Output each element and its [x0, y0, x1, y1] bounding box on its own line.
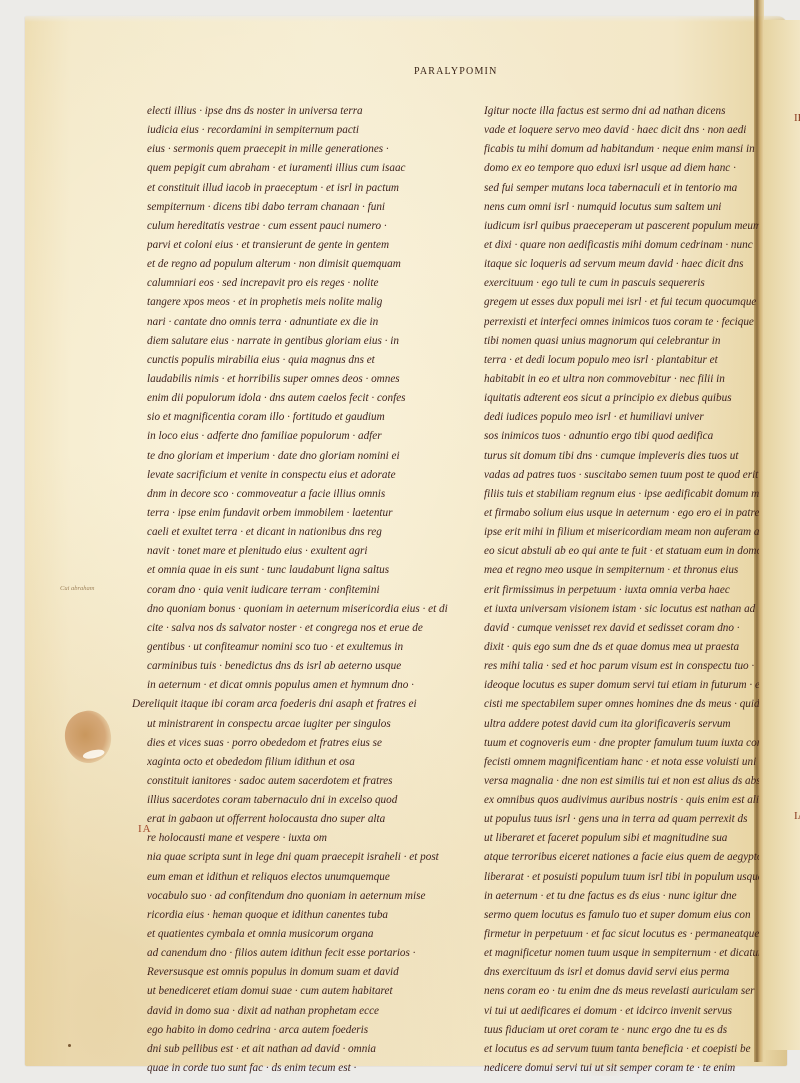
manuscript-line: sermo quem locutus es famulo tuo et supe… — [484, 906, 759, 925]
manuscript-line: ut populus tuus isrl · gens una in terra… — [484, 810, 759, 829]
manuscript-line: iudicum isrl quibus praeceperam ut pasce… — [484, 217, 759, 236]
manuscript-line: david · cumque venisset rex david et sed… — [484, 619, 759, 638]
manuscript-line: re holocausti mane et vespere · iuxta om — [147, 829, 457, 848]
manuscript-line: et omnia quae in eis sunt · tunc laudabu… — [147, 561, 457, 580]
text-column-left: electi illius · ipse dns ds noster in un… — [147, 102, 457, 1078]
manuscript-line: dnm in decore sco · commoveatur a facie … — [147, 485, 457, 504]
manuscript-line: dies et vices suas · porro obededom et f… — [147, 734, 457, 753]
manuscript-line: illius sacerdotes coram tabernaculo dni … — [147, 791, 457, 810]
manuscript-line: enim dii populorum idola · dns autem cae… — [147, 389, 457, 408]
marginal-note: Cui abraham — [60, 585, 95, 592]
manuscript-line: ideoque locutus es super domum servi tui… — [484, 676, 759, 695]
manuscript-line: nari · cantate dno omnis terra · adnunti… — [147, 313, 457, 332]
manuscript-line: domo ex eo tempore quo eduxi isrl usque … — [484, 159, 759, 178]
manuscript-line: carminibus tuis · benedictus dns ds isrl… — [147, 657, 457, 676]
manuscript-line: quae in corde tuo sunt fac · ds enim tec… — [147, 1059, 457, 1078]
facing-leaf-mark: IA — [794, 810, 800, 822]
manuscript-line: et magnificetur nomen tuum usque in semp… — [484, 944, 759, 963]
manuscript-line: sempiternum · dicens tibi dabo terram ch… — [147, 198, 457, 217]
manuscript-line: navit · tonet mare et plenitudo eius · e… — [147, 542, 457, 561]
manuscript-line: Dereliquit itaque ibi coram arca foederi… — [132, 695, 457, 714]
manuscript-line: ricordia eius · heman quoque et idithun … — [147, 906, 457, 925]
manuscript-line: ego habito in domo cedrina · arca autem … — [147, 1021, 457, 1040]
running-head: PARALYPOMIN — [414, 66, 498, 77]
manuscript-line: nedicere domui servi tui ut sit semper c… — [484, 1059, 759, 1078]
manuscript-line: iudicia eius · recordamini in sempiternu… — [147, 121, 457, 140]
manuscript-line: dno quoniam bonus · quoniam in aeternum … — [147, 600, 457, 619]
manuscript-line: coram dno · quia venit iudicare terram ·… — [147, 581, 457, 600]
manuscript-line: tangere xpos meos · et in prophetis meis… — [147, 293, 457, 312]
manuscript-line: calumniari eos · sed increpavit pro eis … — [147, 274, 457, 293]
manuscript-line: filiis tuis et stabiliam regnum eius · i… — [484, 485, 759, 504]
manuscript-line: et dixi · quare non aedificastis mihi do… — [484, 236, 759, 255]
manuscript-line: et firmabo solium eius usque in aeternum… — [484, 504, 759, 523]
manuscript-line: eius · sermonis quem praecepit in mille … — [147, 140, 457, 159]
manuscript-line: ultra addere potest david cum ita glorif… — [484, 715, 759, 734]
manuscript-line: parvi et coloni eius · et transierunt de… — [147, 236, 457, 255]
manuscript-line: Igitur nocte illa factus est sermo dni a… — [484, 102, 759, 121]
manuscript-line: diem salutare eius · narrate in gentibus… — [147, 332, 457, 351]
manuscript-line: vi tui ut aedificares ei domum · et idci… — [484, 1002, 759, 1021]
manuscript-line: et iuxta universam visionem istam · sic … — [484, 600, 759, 619]
manuscript-line: gregem ut esses dux populi mei isrl · et… — [484, 293, 759, 312]
manuscript-line: ut liberaret et faceret populum sibi et … — [484, 829, 759, 848]
manuscript-line: ut ministrarent in conspectu arcae iugit… — [147, 715, 457, 734]
manuscript-line: nens cum omni isrl · numquid locutus sum… — [484, 198, 759, 217]
manuscript-line: eo sicut abstuli ab eo qui ante te fuit … — [484, 542, 759, 561]
parchment-stain — [60, 707, 116, 767]
manuscript-line: dedi iudices populo meo isrl · et humili… — [484, 408, 759, 427]
manuscript-line: et locutus es ad servum tuum tanta benef… — [484, 1040, 759, 1059]
manuscript-line: ficabis tu mihi domum ad habitandum · ne… — [484, 140, 759, 159]
manuscript-line: et quatientes cymbala et omnia musicorum… — [147, 925, 457, 944]
manuscript-line: ad canendum dno · filios autem idithun f… — [147, 944, 457, 963]
text-column-right: Igitur nocte illa factus est sermo dni a… — [484, 102, 759, 1078]
manuscript-line: terra · et dedi locum populo meo isrl · … — [484, 351, 759, 370]
manuscript-line: levate sacrificium et venite in conspect… — [147, 466, 457, 485]
manuscript-line: in loco eius · adferte dno familiae popu… — [147, 427, 457, 446]
manuscript-line: cite · salva nos ds salvator noster · et… — [147, 619, 457, 638]
manuscript-line: laudabilis nimis · et horribilis super o… — [147, 370, 457, 389]
manuscript-line: eum eman et idithun et reliquos electos … — [147, 868, 457, 887]
manuscript-line: xaginta octo et obededom filium idithun … — [147, 753, 457, 772]
manuscript-line: tibi nomen quasi unius magnorum qui cele… — [484, 332, 759, 351]
manuscript-line: et de regno ad populum alterum · non dim… — [147, 255, 457, 274]
manuscript-line: cisti me spectabilem super omnes homines… — [484, 695, 759, 714]
manuscript-line: tuum et cognoveris eum · dne propter fam… — [484, 734, 759, 753]
ink-speck — [68, 1044, 71, 1047]
manuscript-line: quem pepigit cum abraham · et iuramenti … — [147, 159, 457, 178]
manuscript-line: exercituum · ego tuli te cum in pascuis … — [484, 274, 759, 293]
facing-leaf-edge: IB IA — [764, 20, 800, 1050]
manuscript-line: fecisti omnem magnificentiam hanc · et n… — [484, 753, 759, 772]
manuscript-line: habitabit in eo et ultra non commovebitu… — [484, 370, 759, 389]
manuscript-line: sos inimicos tuos · adnuntio ergo tibi q… — [484, 427, 759, 446]
manuscript-line: atque terroribus eiceret nationes a faci… — [484, 848, 759, 867]
manuscript-line: gentibus · ut confiteamur nomini sco tuo… — [147, 638, 457, 657]
manuscript-line: sed fui semper mutans loca tabernaculi e… — [484, 179, 759, 198]
manuscript-line: perrexisti et interfeci omnes inimicos t… — [484, 313, 759, 332]
manuscript-line: in aeternum · et dicat omnis populus ame… — [147, 676, 457, 695]
manuscript-line: te dno gloriam et imperium · date dno gl… — [147, 447, 457, 466]
manuscript-line: nia quae scripta sunt in lege dni quam p… — [147, 848, 457, 867]
manuscript-line: ut benediceret etiam domui suae · cum au… — [147, 982, 457, 1001]
manuscript-line: caeli et exultet terra · et dicant in na… — [147, 523, 457, 542]
manuscript-line: electi illius · ipse dns ds noster in un… — [147, 102, 457, 121]
manuscript-line: dni sub pellibus est · et ait nathan ad … — [147, 1040, 457, 1059]
manuscript-line: constituit ianitores · sadoc autem sacer… — [147, 772, 457, 791]
manuscript-line: vade et loquere servo meo david · haec d… — [484, 121, 759, 140]
manuscript-line: sio et magnificentia coram illo · fortit… — [147, 408, 457, 427]
manuscript-line: vocabulo suo · ad confitendum dno quonia… — [147, 887, 457, 906]
manuscript-line: dixit · quis ego sum dne ds et quae domu… — [484, 638, 759, 657]
manuscript-line: firmetur in perpetuum · et fac sicut loc… — [484, 925, 759, 944]
manuscript-line: culum hereditatis vestrae · cum essent p… — [147, 217, 457, 236]
manuscript-line: david in domo sua · dixit ad nathan prop… — [147, 1002, 457, 1021]
manuscript-line: iquitatis adterent eos sicut a principio… — [484, 389, 759, 408]
manuscript-line: ex omnibus quos audivimus auribus nostri… — [484, 791, 759, 810]
manuscript-line: Reversusque est omnis populus in domum s… — [147, 963, 457, 982]
manuscript-line: mea et regno meo usque in sempiternum · … — [484, 561, 759, 580]
manuscript-line: erat in gabaon ut offerrent holocausta d… — [147, 810, 457, 829]
facing-leaf-mark: IB — [794, 112, 800, 124]
manuscript-line: ipse erit mihi in filium et misericordia… — [484, 523, 759, 542]
manuscript-line: versa magnalia · dne non est similis tui… — [484, 772, 759, 791]
folio-top-edge — [25, 14, 787, 22]
manuscript-line: in aeternum · et tu dne factus es ds eiu… — [484, 887, 759, 906]
manuscript-line: tuus fiduciam ut oret coram te · nunc er… — [484, 1021, 759, 1040]
manuscript-line: liberarat · et posuisti populum tuum isr… — [484, 868, 759, 887]
manuscript-line: erit firmissimus in perpetuum · iuxta om… — [484, 581, 759, 600]
manuscript-line: et constituit illud iacob in praeceptum … — [147, 179, 457, 198]
manuscript-line: itaque sic loqueris ad servum meum david… — [484, 255, 759, 274]
manuscript-line: res mihi talia · sed et hoc parum visum … — [484, 657, 759, 676]
manuscript-line: dns exercituum ds isrl et domus david se… — [484, 963, 759, 982]
manuscript-line: vadas ad patres tuos · suscitabo semen t… — [484, 466, 759, 485]
manuscript-line: cunctis populis mirabilia eius · quia ma… — [147, 351, 457, 370]
manuscript-line: nens coram eo · tu enim dne ds meus reve… — [484, 982, 759, 1001]
manuscript-line: turus sit domum tibi dns · cumque implev… — [484, 447, 759, 466]
manuscript-line: terra · ipse enim fundavit orbem immobil… — [147, 504, 457, 523]
